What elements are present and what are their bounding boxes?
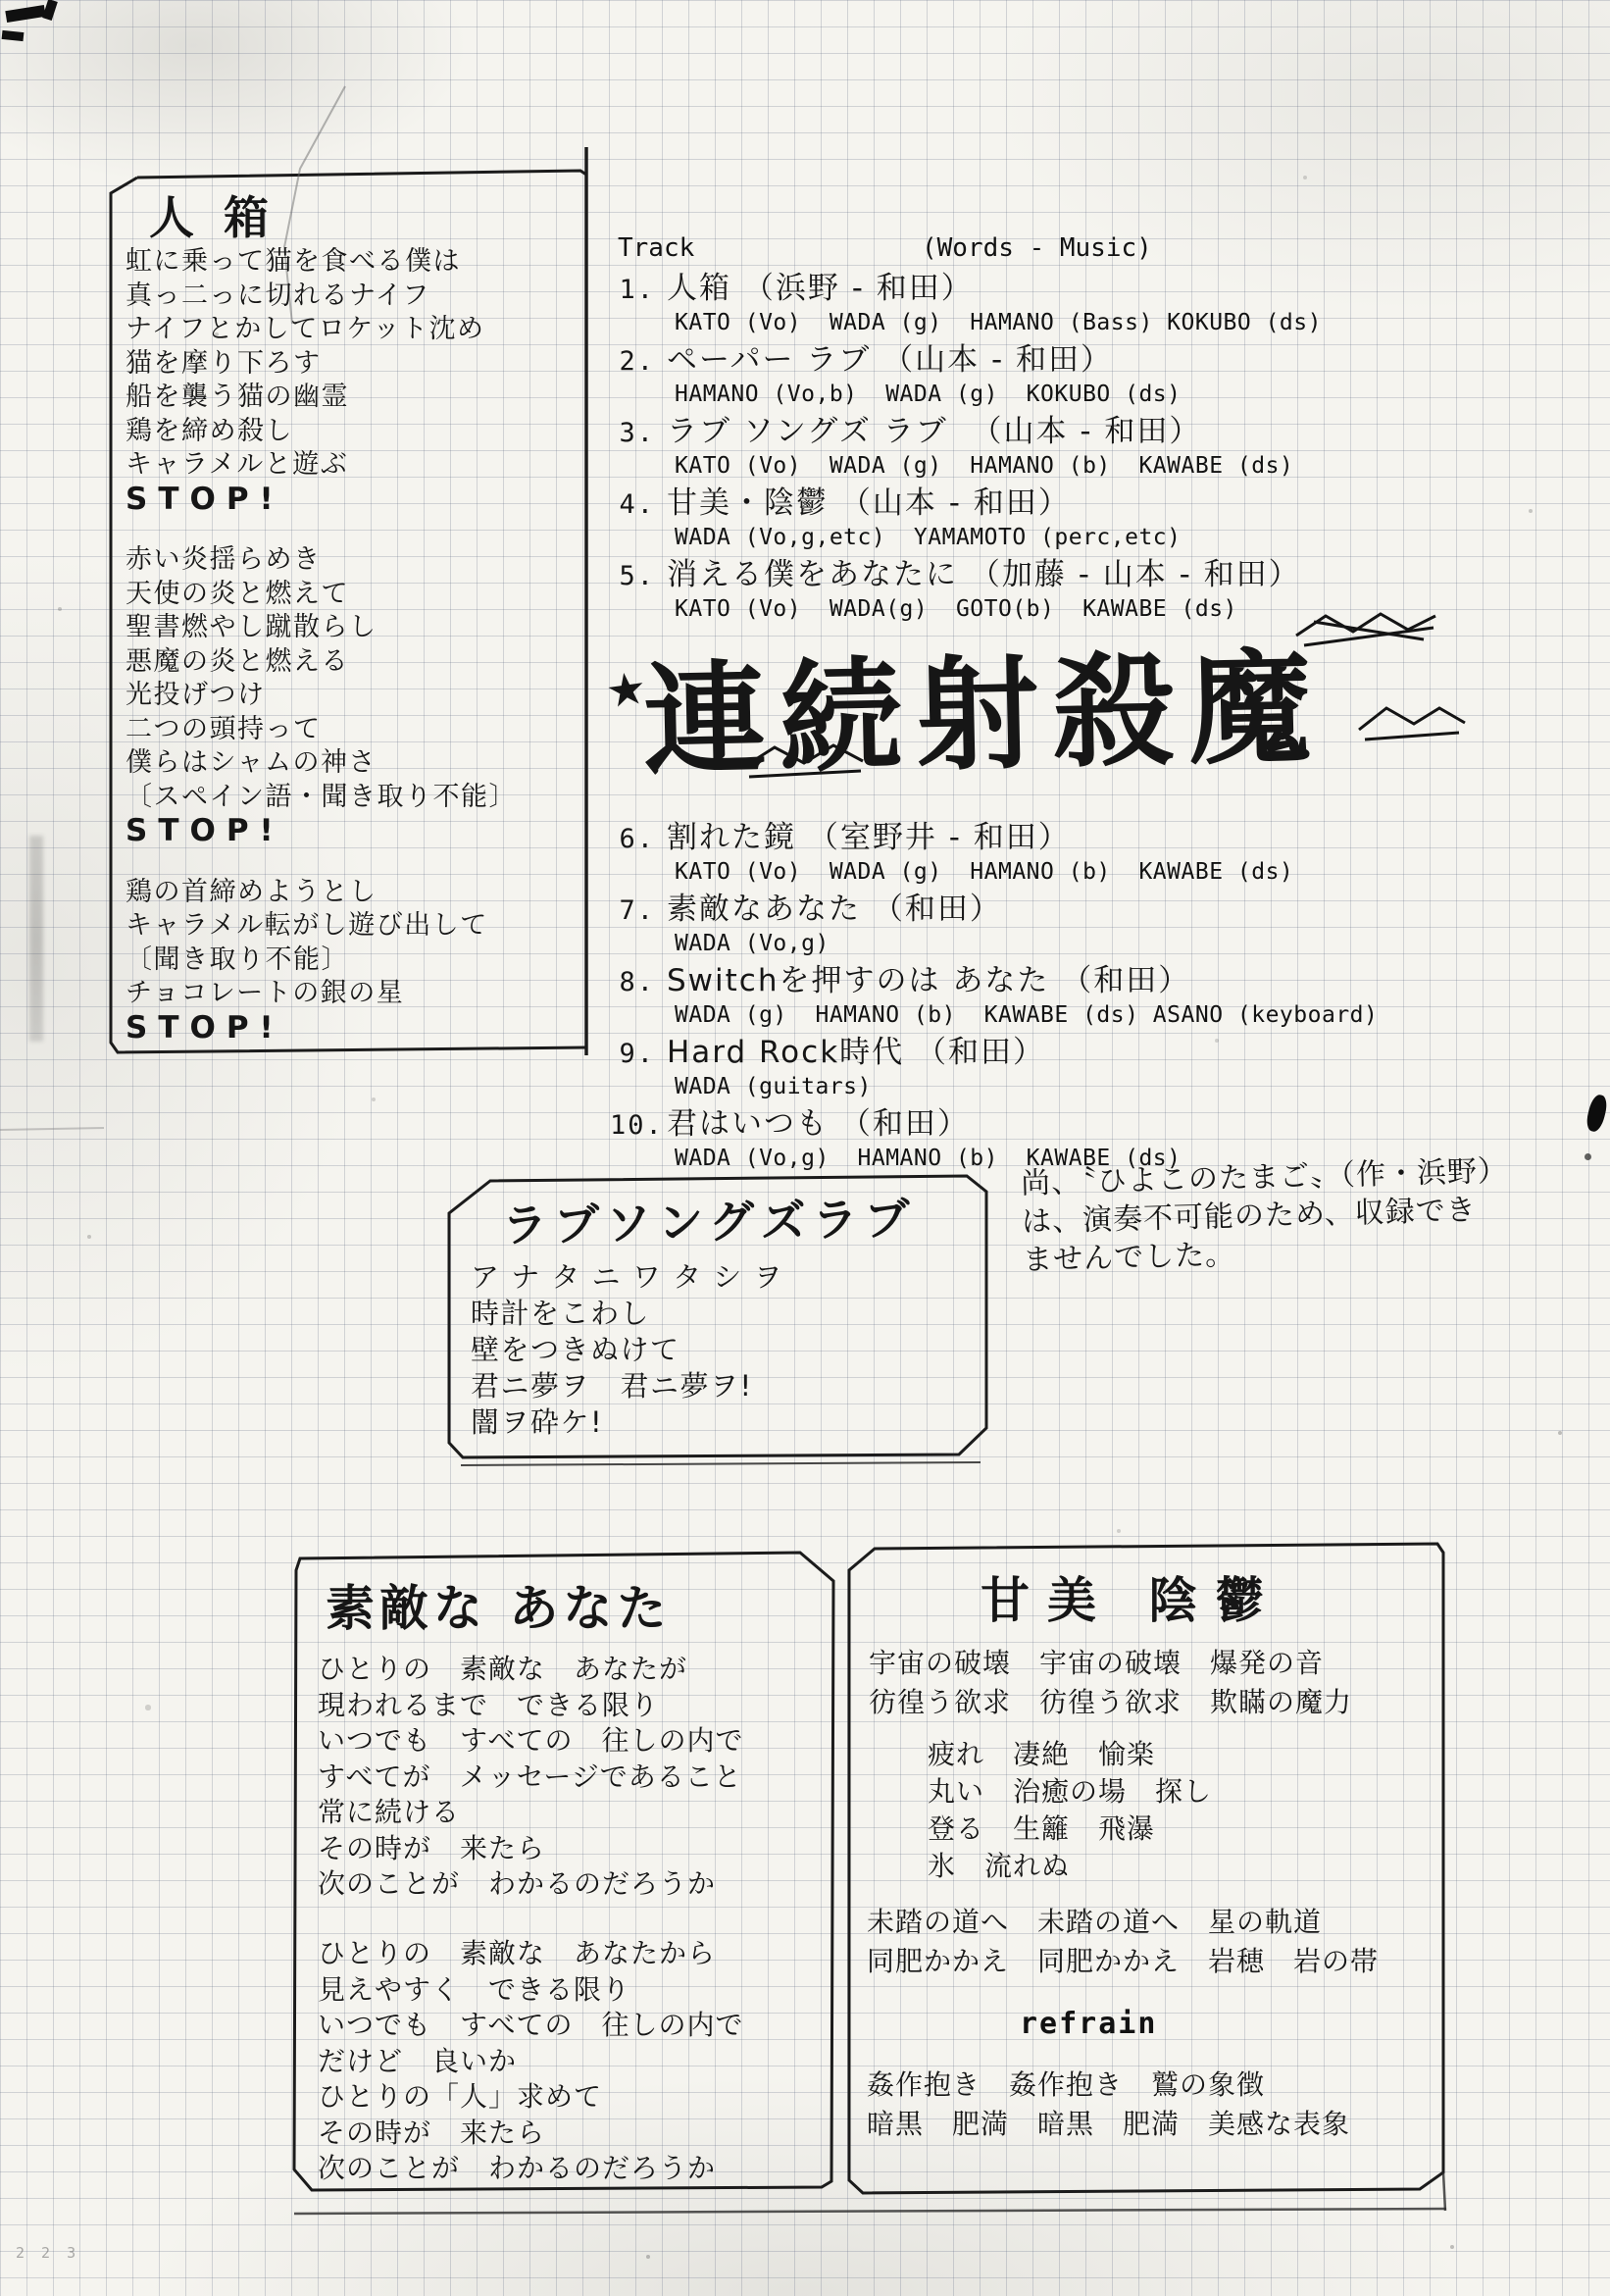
lyric-line: その時が 来たら [318,1831,828,1867]
lyric-line: 同肥かかえ 同肥かかえ 岩穂 岩の帯 [867,1942,1435,1981]
lovesongs-lyrics: ア ナ タ ニ ワ タ シ ヲ時計をこわし壁をつきぬけて君ニ夢ヲ 君ニ夢ヲ!闇ヲ… [471,1259,971,1441]
track-name: 消える僕をあなたに （加藤 - 山本 - 和田） [667,557,1301,592]
lyric-line: 見えやすく できる限り [318,1972,828,2009]
suteki-stanza-2: ひとりの 素敵な あなたから見えやすく できる限りいつでも すべての 往しの内で… [318,1936,828,2187]
lyric-line: 壁をつきぬけて [471,1332,971,1368]
track-item: 9.Hard Rock時代 （和田）WADA (guitars) [610,1035,1600,1100]
track-title-line: 9.Hard Rock時代 （和田） [610,1035,1600,1072]
track-name: 割れた鏡 （室野井 - 和田） [667,820,1071,855]
lyric-line: キャラメル転がし遊び出して [126,909,586,944]
lyric-line: STOP! [126,814,586,848]
lyric-line: 君ニ夢ヲ 君ニ夢ヲ! [471,1368,971,1404]
tracklist-header-track: Track [618,233,694,263]
lovesongs-box-underline [461,1462,981,1465]
lyric-line: 〔スペイン語・聞き取り不能〕 [126,781,586,815]
track-number: 1. [610,273,655,308]
hitobako-stanza-2: 赤い炎揺らめき天使の炎と燃えて聖書燃やし蹴散らし悪魔の炎と燃える光投げつけ二つの… [126,543,586,848]
lyric-line: ア ナ タ ニ ワ タ シ ヲ [471,1259,971,1296]
track-name: 甘美・陰鬱 （山本 - 和田） [667,485,1071,521]
hitobako-lyrics: 虹に乗って猫を食べる僕は真っ二っに切れるナイフナイフとかしてロケット沈め猫を摩り… [126,245,586,1045]
track-number: 4. [610,487,655,523]
lyric-line: ナイフとかしてロケット沈め [126,313,586,347]
lyric-line: 猫を摩り下ろす [126,347,586,382]
lyric-line: 登る 生籬 飛瀑 [928,1811,1437,1848]
track-name: ラブ ソングズ ラブ （山本 - 和田） [667,414,1201,449]
track-number: 3. [610,416,655,451]
track-item: 1.人箱 （浜野 - 和田）KATO (Vo) WADA (g) HAMANO … [610,271,1600,336]
suteki-title: 素敵な あなた [326,1569,671,1640]
lyric-line: キャラメルと遊ぶ [126,448,586,483]
lyric-line: ひとりの 素敵な あなたから [318,1936,828,1972]
bottom-rule-right-tick [1443,2172,1445,2211]
lyric-line: 悪魔の炎と燃える [126,645,586,680]
lyric-line: STOP! [126,1011,586,1046]
left-margin-scratch [0,1128,104,1130]
kanbi-stanza-2: 疲れ 凄絶 愉楽丸い 治癒の場 探し登る 生籬 飛瀑氷 流れぬ [928,1736,1437,1885]
hitobako-box-top [137,171,586,178]
track-number: 8. [610,965,655,1000]
track-title-line: 3.ラブ ソングズ ラブ （山本 - 和田） [610,414,1600,451]
track-personnel: WADA (Vo,g,etc) YAMAMOTO (perc,etc) [675,525,1600,551]
track-title-line: 7.素敵なあなた （和田） [610,892,1600,929]
lyric-line: 現われるまで できる限り [318,1688,828,1724]
track-name: Hard Rock時代 （和田） [667,1035,1045,1070]
track-number: 9. [610,1037,655,1072]
lyric-line: 未踏の道へ 未踏の道へ 星の軌道 [867,1903,1435,1942]
track-title-line: 6.割れた鏡 （室野井 - 和田） [610,820,1600,857]
lyric-line: 真っ二っに切れるナイフ [126,280,586,314]
track-item: 7.素敵なあなた （和田）WADA (Vo,g) [610,892,1600,957]
lyric-line: 天使の炎と燃えて [126,578,586,612]
lyric-line: 宇宙の破壊 宇宙の破壊 爆発の音 [869,1644,1437,1683]
tracklist-side-a: 1.人箱 （浜野 - 和田）KATO (Vo) WADA (g) HAMANO … [610,271,1600,629]
lyric-line: 氷 流れぬ [928,1848,1437,1885]
track-personnel: KATO (Vo) WADA (g) HAMANO (b) KAWABE (ds… [675,453,1600,480]
lyric-line: 二つの頭持って [126,713,586,747]
track-name: 人箱 （浜野 - 和田） [667,271,974,306]
track-number: 5. [610,559,655,594]
scan-noise-specks [0,0,2,2]
hitobako-title: 人箱 [149,182,298,247]
lyric-line: いつでも すべての 往しの内で [318,1723,828,1760]
track-number: 7. [610,893,655,929]
lyric-line: 丸い 治癒の場 探し [928,1773,1437,1811]
lyric-line: 闇ヲ砕ケ! [471,1404,971,1441]
track-title-line: 2.ペーパー ラブ （山本 - 和田） [610,342,1600,380]
lyric-line: 虹に乗って猫を食べる僕は [126,245,586,280]
track-personnel: WADA (g) HAMANO (b) KAWABE (ds) ASANO (k… [675,1002,1600,1029]
track-personnel: KATO (Vo) WADA (g) HAMANO (Bass) KOKUBO … [675,310,1600,336]
lyric-line: 次のことが わかるのだろうか [318,1866,828,1903]
scan-smudge-mark [2,30,25,41]
kanbi-stanza-4: 姦作抱き 姦作抱き 鷲の象徴暗黒 肥満 暗黒 肥満 美感な表象 [867,2066,1435,2144]
track-name: ペーパー ラブ （山本 - 和田） [667,342,1113,378]
track-title-line: 10.君はいつも （和田） [610,1106,1600,1144]
track-number: 2. [610,344,655,380]
lyric-line: ひとりの 素敵な あなたが [318,1652,828,1688]
page-number: 2 2 3 [16,2244,79,2262]
kanbi-stanza-3: 未踏の道へ 未踏の道へ 星の軌道同肥かかえ 同肥かかえ 岩穂 岩の帯 [867,1903,1435,1981]
lyric-line: チョコレートの銀の星 [126,977,586,1011]
scan-smudge-mark [42,0,58,21]
suteki-stanza-1: ひとりの 素敵な あなたが現われるまで できる限りいつでも すべての 往しの内で… [318,1652,828,1903]
lyric-line: だけど 良いか [318,2044,828,2080]
track-item: 6.割れた鏡 （室野井 - 和田）KATO (Vo) WADA (g) HAMA… [610,820,1600,886]
lyric-line: 鶏を締め殺し [126,415,586,449]
track-name: Switchを押すのは あなた （和田） [667,963,1190,998]
tracklist-header: Track (Words - Music) [610,233,1590,265]
scanned-page: 人箱 虹に乗って猫を食べる僕は真っ二っに切れるナイフナイフとかしてロケット沈め猫… [0,0,1610,2296]
lyric-line: 鶏の首締めようとし [126,876,586,910]
lyric-line: すべてが メッセージであること [318,1760,828,1796]
lyric-line: 彷徨う欲求 彷徨う欲求 欺瞞の魔力 [869,1683,1437,1722]
hitobako-stanza-3: 鶏の首締めようとしキャラメル転がし遊び出して〔聞き取り不能〕チョコレートの銀の星… [126,876,586,1046]
track-number: 10. [610,1108,655,1144]
track-item: 3.ラブ ソングズ ラブ （山本 - 和田）KATO (Vo) WADA (g)… [610,414,1600,480]
kanbi-title: 甘美 陰鬱 [981,1561,1282,1632]
lyric-line: 姦作抱き 姦作抱き 鷲の象徴 [867,2066,1435,2105]
ink-dot [1585,1153,1591,1160]
lyric-line: 次のことが わかるのだろうか [318,2151,828,2187]
album-title: 連続射殺魔 [641,609,1327,800]
lyric-line: その時が 来たら [318,2116,828,2152]
track-name: 素敵なあなた （和田） [667,892,1002,927]
recording-note: 尚、〝ひよこのたまご〟（作・浜野）は、演奏不可能のため、収録できませんでした。 [1021,1149,1592,1279]
lyric-line: 〔聞き取り不能〕 [126,944,586,978]
tracklist-side-b: 6.割れた鏡 （室野井 - 和田）KATO (Vo) WADA (g) HAMA… [610,820,1600,1178]
scan-smudge-mark [5,5,45,23]
lyric-line: 常に続ける [318,1795,828,1831]
track-title-line: 5.消える僕をあなたに （加藤 - 山本 - 和田） [610,557,1600,594]
lovesongs-title: ラブソングズラブ [501,1183,917,1254]
track-personnel: KATO (Vo) WADA (g) HAMANO (b) KAWABE (ds… [675,859,1600,886]
track-name: 君はいつも （和田） [667,1106,970,1142]
lyric-line: 聖書燃やし蹴散らし [126,611,586,645]
lyric-line: ひとりの「人」求めて [318,2079,828,2116]
bottom-rule [294,2209,1446,2214]
hitobako-stanza-1: 虹に乗って猫を食べる僕は真っ二っに切れるナイフナイフとかしてロケット沈め猫を摩り… [126,245,586,516]
track-title-line: 1.人箱 （浜野 - 和田） [610,271,1600,308]
kanbi-refrain-label: refrain [1020,2007,1157,2041]
tracklist-header-credits: (Words - Music) [922,233,1152,263]
track-personnel: HAMANO (Vo,b) WADA (g) KOKUBO (ds) [675,382,1600,408]
lyric-line: いつでも すべての 往しの内で [318,2008,828,2044]
track-item: 2.ペーパー ラブ （山本 - 和田）HAMANO (Vo,b) WADA (g… [610,342,1600,408]
track-number: 6. [610,822,655,857]
track-item: 4.甘美・陰鬱 （山本 - 和田）WADA (Vo,g,etc) YAMAMOT… [610,485,1600,551]
track-title-line: 8.Switchを押すのは あなた （和田） [610,963,1600,1000]
track-title-line: 4.甘美・陰鬱 （山本 - 和田） [610,485,1600,523]
lyric-line: 暗黒 肥満 暗黒 肥満 美感な表象 [867,2105,1435,2144]
lyric-line: 時計をこわし [471,1296,971,1332]
lyric-line: 赤い炎揺らめき [126,543,586,578]
lyric-line: 疲れ 凄絶 愉楽 [928,1736,1437,1773]
track-personnel: WADA (guitars) [675,1074,1600,1100]
kanbi-stanza-1: 宇宙の破壊 宇宙の破壊 爆発の音彷徨う欲求 彷徨う欲求 欺瞞の魔力 [869,1644,1437,1722]
doodle-tape-right [1359,708,1465,740]
lyric-line: 光投げつけ [126,679,586,713]
lyric-line: 船を襲う猫の幽霊 [126,381,586,415]
lyric-line: STOP! [126,483,586,517]
scan-shadow-strip [29,836,43,1042]
track-item: 8.Switchを押すのは あなた （和田）WADA (g) HAMANO (b… [610,963,1600,1029]
lyric-line: 僕らはシャムの神さ [126,746,586,781]
track-personnel: WADA (Vo,g) [675,931,1600,957]
